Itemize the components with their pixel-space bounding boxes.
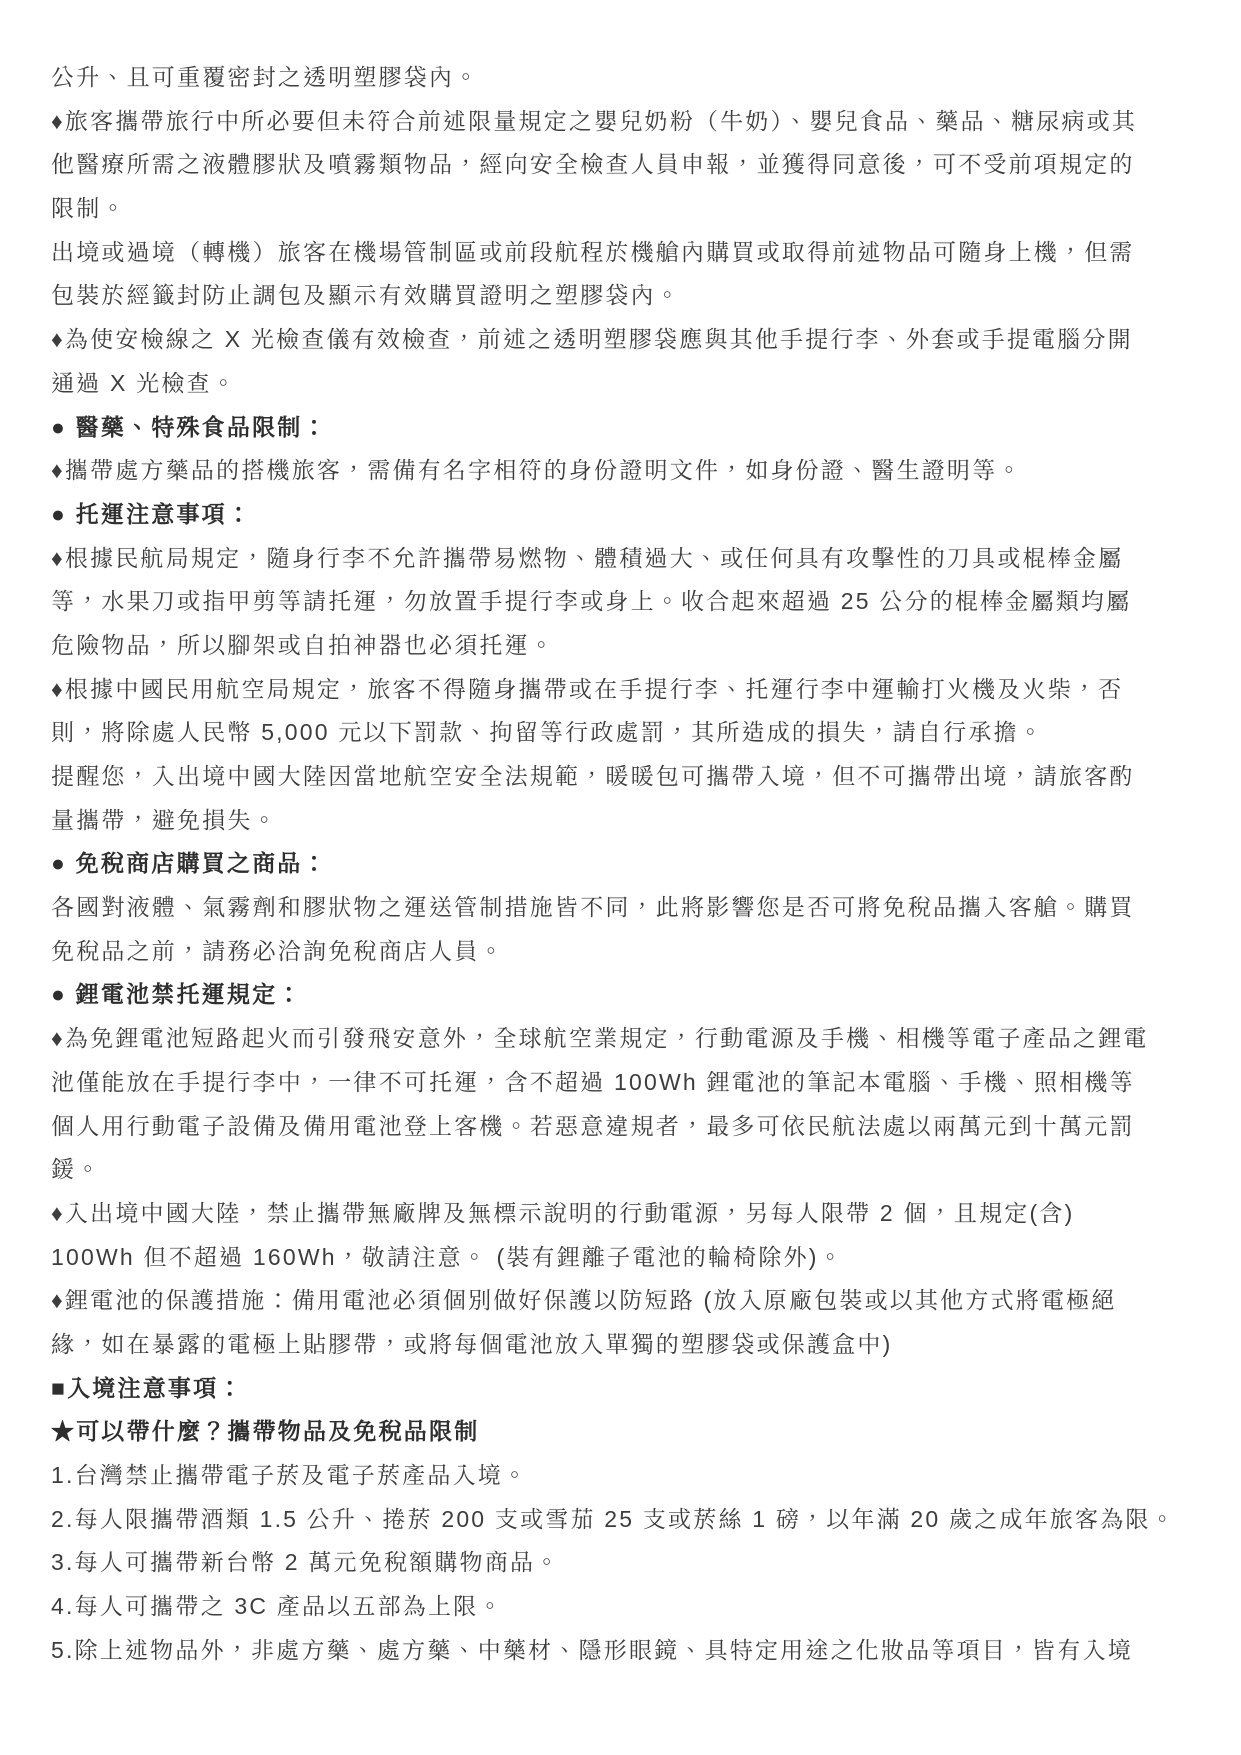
list-item: 3.每人可攜帶新台幣 2 萬元免稅額購物商品。 bbox=[51, 1541, 1193, 1585]
text-line: ♦根據中國民用航空局規定，旅客不得隨身攜帶或在手提行李、托運行李中運輸打火機及火… bbox=[51, 668, 1193, 712]
text-line: ♦攜帶處方藥品的搭機旅客，需備有名字相符的身份證明文件，如身份證、醫生證明等。 bbox=[51, 449, 1193, 493]
section-heading-duty-free-goods: ● 免稅商店購買之商品： bbox=[51, 842, 1193, 886]
list-item: 1.台灣禁止攜帶電子菸及電子菸產品入境。 bbox=[51, 1454, 1193, 1498]
text-line: 公升、且可重覆密封之透明塑膠袋內。 bbox=[51, 56, 1193, 100]
text-line: 包裝於經籤封防止調包及顯示有效購買證明之塑膠袋內。 bbox=[51, 274, 1193, 318]
text-line: 通過 X 光檢查。 bbox=[51, 362, 1193, 406]
text-line: 提醒您，入出境中國大陸因當地航空安全法規範，暖暖包可攜帶入境，但不可攜帶出境，請… bbox=[51, 755, 1193, 799]
section-heading-arrival-notes: ■入境注意事項： bbox=[51, 1367, 1193, 1411]
list-item: 2.每人限攜帶酒類 1.5 公升、捲菸 200 支或雪茄 25 支或菸絲 1 磅… bbox=[51, 1498, 1193, 1542]
section-heading-checked-baggage-notes: ● 托運注意事項： bbox=[51, 493, 1193, 537]
section-heading-medical-food-limits: ● 醫藥、特殊食品限制： bbox=[51, 406, 1193, 450]
text-line: 鍰。 bbox=[51, 1148, 1193, 1192]
text-line: 則，將除處人民幣 5,000 元以下罰款、拘留等行政處罰，其所造成的損失，請自行… bbox=[51, 711, 1193, 755]
text-line: ♦鋰電池的保護措施：備用電池必須個別做好保護以防短路 (放入原廠包裝或以其他方式… bbox=[51, 1279, 1193, 1323]
document-page: { "document": { "language": "zh-Hant-TW"… bbox=[0, 0, 1241, 1755]
text-line: 個人用行動電子設備及備用電池登上客機。若惡意違規者，最多可依民航法處以兩萬元到十… bbox=[51, 1105, 1193, 1149]
text-line: 危險物品，所以腳架或自拍神器也必須托運。 bbox=[51, 624, 1193, 668]
text-line: 緣，如在暴露的電極上貼膠帶，或將每個電池放入單獨的塑膠袋或保護盒中) bbox=[51, 1323, 1193, 1367]
text-line: ♦為免鋰電池短路起火而引發飛安意外，全球航空業規定，行動電源及手機、相機等電子產… bbox=[51, 1017, 1193, 1061]
text-line: ♦為使安檢線之 X 光檢查儀有效檢查，前述之透明塑膠袋應與其他手提行李、外套或手… bbox=[51, 318, 1193, 362]
text-line: 100Wh 但不超過 160Wh，敬請注意。 (裝有鋰離子電池的輪椅除外)。 bbox=[51, 1236, 1193, 1280]
list-item: 5.除上述物品外，非處方藥、處方藥、中藥材、隱形眼鏡、具特定用途之化妝品等項目，… bbox=[51, 1629, 1193, 1673]
text-line: ♦根據民航局規定，隨身行李不允許攜帶易燃物、體積過大、或任何具有攻擊性的刀具或棍… bbox=[51, 537, 1193, 581]
text-line: 量攜帶，避免損失。 bbox=[51, 799, 1193, 843]
section-heading-lithium-battery-rules: ● 鋰電池禁托運規定： bbox=[51, 973, 1193, 1017]
text-line: 各國對液體、氣霧劑和膠狀物之運送管制措施皆不同，此將影響您是否可將免稅品攜入客艙… bbox=[51, 886, 1193, 930]
text-line: ♦入出境中國大陸，禁止攜帶無廠牌及無標示說明的行動電源，另每人限帶 2 個，且規… bbox=[51, 1192, 1193, 1236]
text-line: 免稅品之前，請務必洽詢免稅商店人員。 bbox=[51, 930, 1193, 974]
text-line: 限制。 bbox=[51, 187, 1193, 231]
text-line: 出境或過境（轉機）旅客在機場管制區或前段航程於機艙內購買或取得前述物品可隨身上機… bbox=[51, 231, 1193, 275]
list-item: 4.每人可攜帶之 3C 產品以五部為上限。 bbox=[51, 1585, 1193, 1629]
text-line: 他醫療所需之液體膠狀及噴霧類物品，經向安全檢查人員申報，並獲得同意後，可不受前項… bbox=[51, 143, 1193, 187]
text-line: ♦旅客攜帶旅行中所必要但未符合前述限量規定之嬰兒奶粉（牛奶）、嬰兒食品、藥品、糖… bbox=[51, 100, 1193, 144]
page-content: 公升、且可重覆密封之透明塑膠袋內。 ♦旅客攜帶旅行中所必要但未符合前述限量規定之… bbox=[0, 0, 1241, 1755]
text-line: 等，水果刀或指甲剪等請托運，勿放置手提行李或身上。收合起來超過 25 公分的棍棒… bbox=[51, 580, 1193, 624]
text-line: 池僅能放在手提行李中，一律不可托運，含不超過 100Wh 鋰電池的筆記本電腦、手… bbox=[51, 1061, 1193, 1105]
section-heading-allowed-items: ★可以帶什麼？攜帶物品及免稅品限制 bbox=[51, 1410, 1193, 1454]
